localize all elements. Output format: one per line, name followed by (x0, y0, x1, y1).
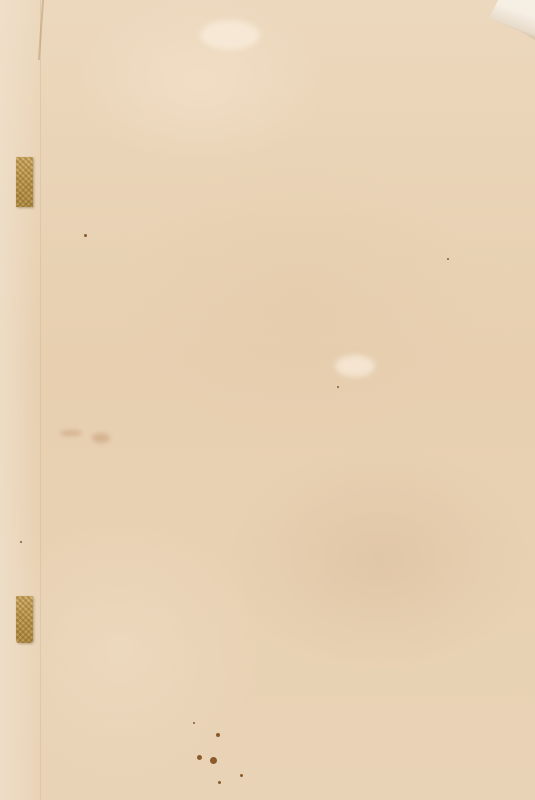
stain (92, 433, 110, 443)
foxing-spot (193, 722, 195, 724)
foxing-spot (210, 757, 217, 764)
foxing-spot (240, 774, 243, 777)
foxing-spot (218, 781, 221, 784)
foxing-spot (447, 258, 449, 260)
pale-patch (335, 355, 375, 377)
stain (60, 430, 82, 436)
torn-corner (489, 0, 535, 40)
spine-shading (0, 0, 40, 800)
binding-thread-bottom (16, 596, 33, 643)
foxing-spot (216, 733, 220, 737)
foxing-spot (337, 386, 339, 388)
spine-fold-line (40, 0, 41, 800)
pale-patch (200, 20, 260, 50)
binding-thread-top (16, 157, 33, 207)
book-cover (0, 0, 535, 800)
foxing-spot (20, 541, 22, 543)
foxing-spot (197, 755, 202, 760)
foxing-spot (84, 234, 87, 237)
